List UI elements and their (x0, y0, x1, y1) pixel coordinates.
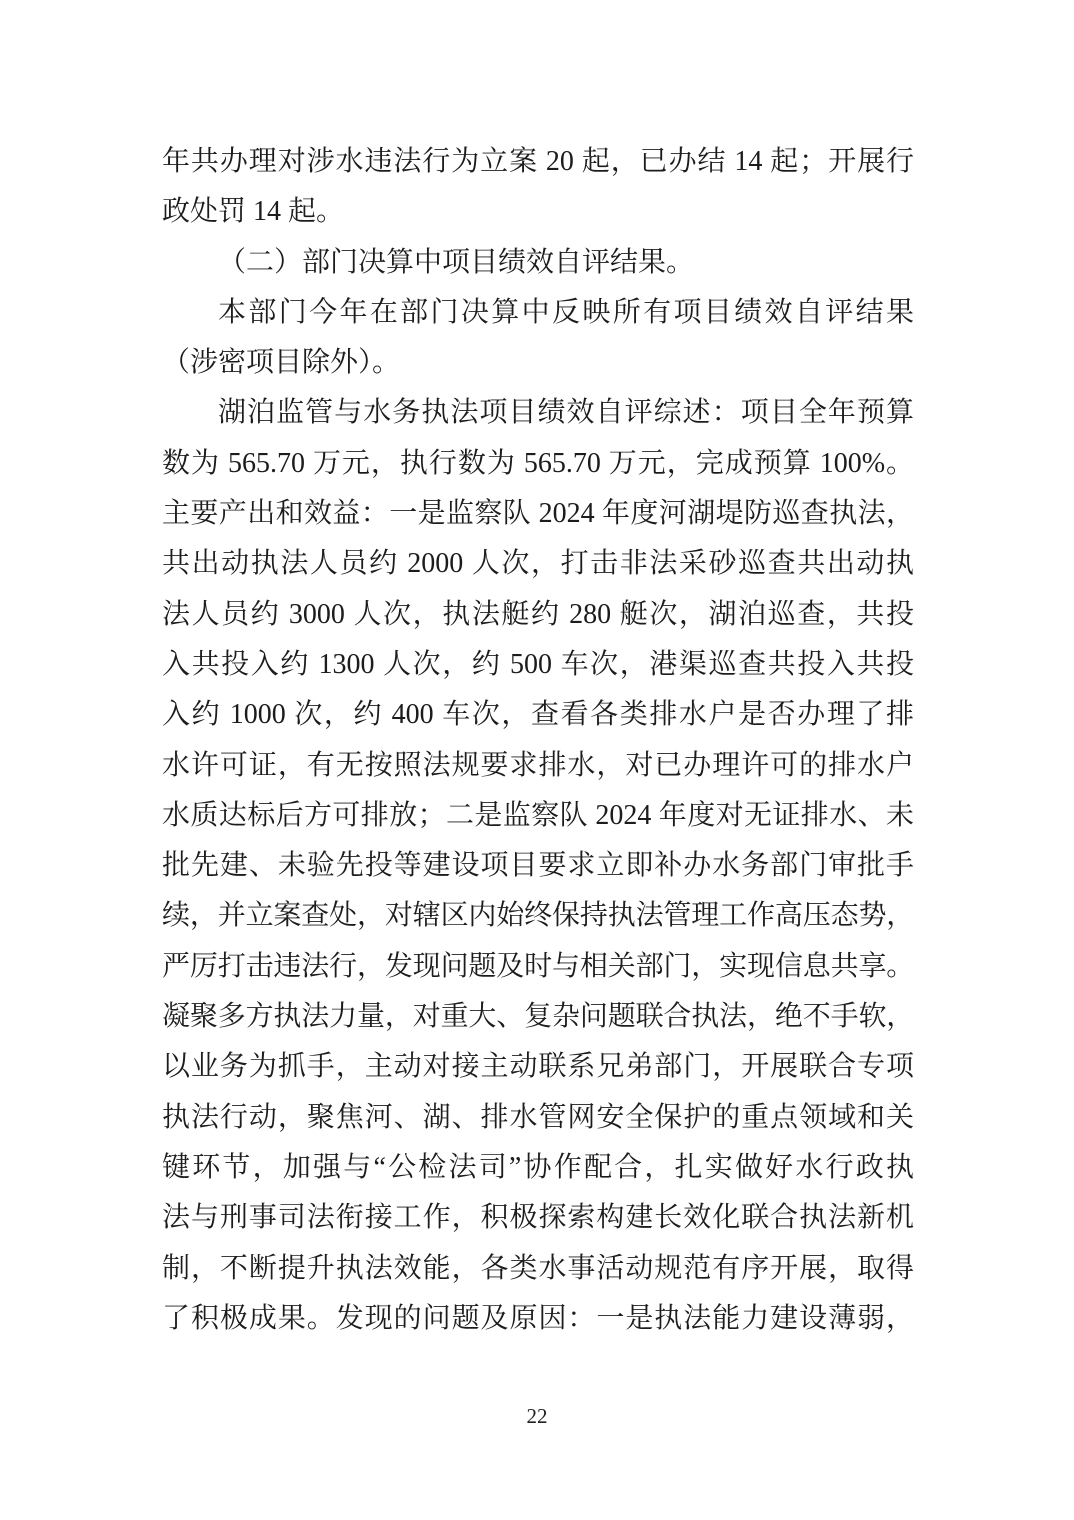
document-page: 年共办理对涉水违法行为立案 20 起，已办结 14 起；开展行政处罚 14 起。… (0, 0, 1074, 1520)
text-line: 制，不断提升执法效能，各类水事活动规范有序开展，取得 (162, 1244, 914, 1294)
text-line: 本部门今年在部门决算中反映所有项目绩效自评结果 (162, 288, 914, 338)
text-line: 法与刑事司法衔接工作，积极探索构建长效化联合执法新机 (162, 1193, 914, 1243)
text-line: 政处罚 14 起。 (162, 187, 914, 237)
text-line: 入约 1000 次，约 400 车次，查看各类排水户是否办理了排 (162, 690, 914, 740)
text-line: 批先建、未验先投等建设项目要求立即补办水务部门审批手 (162, 841, 914, 891)
document-body: 年共办理对涉水违法行为立案 20 起，已办结 14 起；开展行政处罚 14 起。… (162, 137, 914, 1344)
text-line: 水许可证，有无按照法规要求排水，对已办理许可的排水户 (162, 741, 914, 791)
text-line: 水质达标后方可排放；二是监察队 2024 年度对无证排水、未 (162, 791, 914, 841)
text-line: 入共投入约 1300 人次，约 500 车次，港渠巡查共投入共投 (162, 640, 914, 690)
text-line: 年共办理对涉水违法行为立案 20 起，已办结 14 起；开展行 (162, 137, 914, 187)
text-line: 了积极成果。发现的问题及原因：一是执法能力建设薄弱， (162, 1294, 914, 1344)
text-line: 执法行动，聚焦河、湖、排水管网安全保护的重点领域和关 (162, 1093, 914, 1143)
page-number: 22 (0, 1403, 1074, 1429)
text-line: 共出动执法人员约 2000 人次，打击非法采砂巡查共出动执 (162, 539, 914, 589)
text-line: 键环节，加强与“公检法司”协作配合，扎实做好水行政执 (162, 1143, 914, 1193)
text-line: 凝聚多方执法力量，对重大、复杂问题联合执法，绝不手软， (162, 992, 914, 1042)
text-line: 以业务为抓手，主动对接主动联系兄弟部门，开展联合专项 (162, 1042, 914, 1092)
text-line: 法人员约 3000 人次，执法艇约 280 艇次，湖泊巡查，共投 (162, 590, 914, 640)
text-line: 严厉打击违法行，发现问题及时与相关部门，实现信息共享。 (162, 942, 914, 992)
text-line: 湖泊监管与水务执法项目绩效自评综述：项目全年预算 (162, 388, 914, 438)
text-line: 数为 565.70 万元，执行数为 565.70 万元，完成预算 100%。 (162, 439, 914, 489)
text-line: 主要产出和效益：一是监察队 2024 年度河湖堤防巡查执法， (162, 489, 914, 539)
text-line: （涉密项目除外）。 (162, 338, 914, 388)
text-line: 续，并立案查处，对辖区内始终保持执法管理工作高压态势， (162, 891, 914, 941)
section-heading: （二）部门决算中项目绩效自评结果。 (162, 238, 914, 288)
